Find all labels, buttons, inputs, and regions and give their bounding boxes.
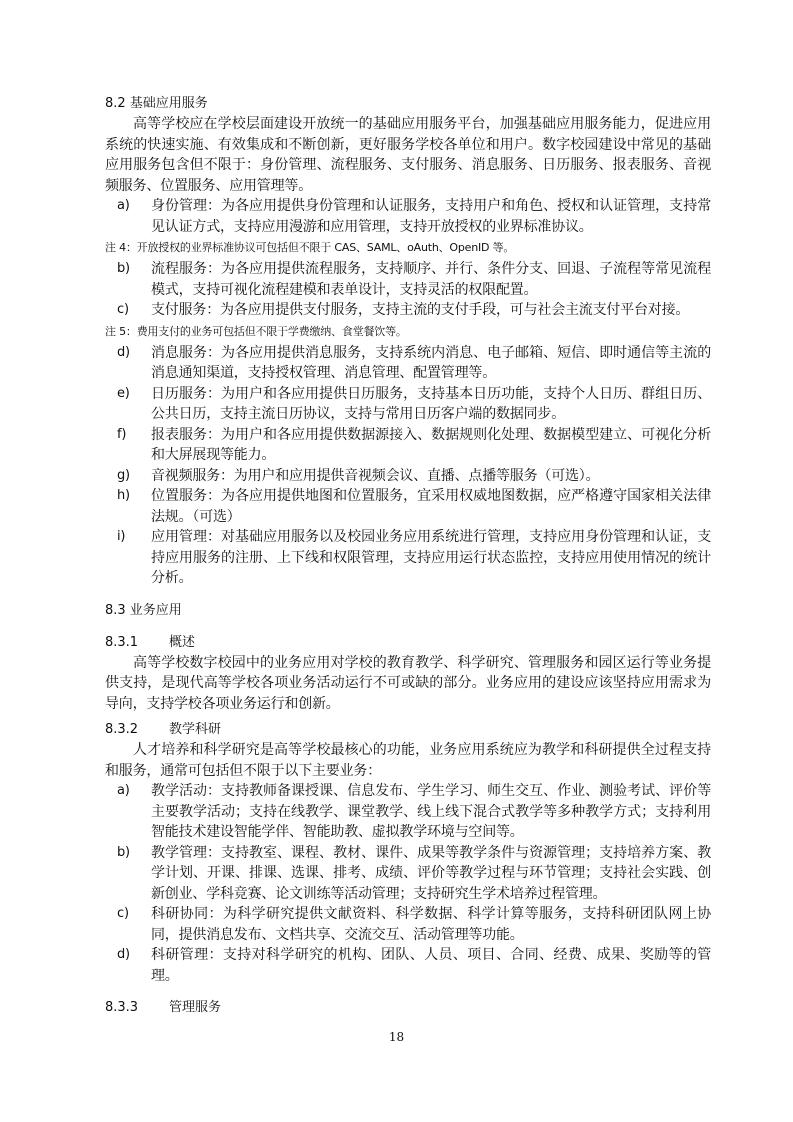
list-item-text: 身份管理：为各应用提供身份管理和认证服务，支持用户和角色、授权和认证管理，支持常… [151, 198, 711, 235]
subsection-number: 8.3.1 [105, 633, 169, 653]
list-marker: h) [117, 486, 145, 507]
list-item-message: d) 消息服务：为各应用提供消息服务，支持系统内消息、电子邮箱、短信、即时通信等… [117, 343, 711, 384]
list-item-text: 音视频服务：为用户和应用提供音视频会议、直播、点播等服务（可选）。 [151, 468, 599, 484]
list-marker: a) [117, 196, 145, 217]
note-5: 注 5：费用支付的业务可包括但不限于学费缴纳、食堂餐饮等。 [105, 323, 711, 341]
subsection-title: 管理服务 [169, 1000, 221, 1015]
list-item-payment: c) 支付服务：为各应用提供支付服务，支持主流的支付手段，可与社会主流支付平台对… [117, 300, 711, 321]
note-4: 注 4：开放授权的业界标准协议可包括但不限于 CAS、SAML、oAuth、Op… [105, 239, 711, 257]
list-item-text: 应用管理：对基础应用服务以及校园业务应用系统进行管理，支持应用身份管理和认证，支… [151, 529, 711, 586]
spacer [105, 621, 711, 633]
list-marker: f) [117, 425, 145, 446]
subsection-heading-8-3-2: 8.3.2教学科研 [105, 720, 711, 740]
list-item-text: 教学活动：支持教师备课授课、信息发布、学生学习、师生交互、作业、测验考试、评价等… [151, 783, 711, 840]
subsection-heading-8-3-3: 8.3.3管理服务 [105, 998, 711, 1018]
subsection-heading-8-3-1: 8.3.1概述 [105, 633, 711, 653]
spacer [105, 986, 711, 998]
list-item-calendar: e) 日历服务：为用户和各应用提供日历服务，支持基本日历功能，支持个人日历、群组… [117, 384, 711, 425]
list-item-text: 消息服务：为各应用提供消息服务，支持系统内消息、电子邮箱、短信、即时通信等主流的… [151, 345, 711, 382]
subsection-title: 教学科研 [169, 722, 221, 737]
list-marker: e) [117, 384, 145, 405]
list-item-research-management: d) 科研管理：支持对科学研究的机构、团队、人员、项目、合同、经费、成果、奖励等… [117, 945, 711, 986]
list-item-text: 日历服务：为用户和各应用提供日历服务，支持基本日历功能，支持个人日历、群组日历、… [151, 386, 711, 423]
list-item-text: 科研管理：支持对科学研究的机构、团队、人员、项目、合同、经费、成果、奖励等的管理… [151, 947, 711, 984]
list-item-text: 报表服务：为用户和各应用提供数据源接入、数据规则化处理、数据模型建立、可视化分析… [151, 427, 711, 464]
list-item-text: 科研协同：为科学研究提供文献资料、科学数据、科学计算等服务，支持科研团队网上协同… [151, 906, 711, 943]
list-item-report: f) 报表服务：为用户和各应用提供数据源接入、数据规则化处理、数据模型建立、可视… [117, 425, 711, 466]
subsection-number: 8.3.2 [105, 720, 169, 740]
list-item-identity: a) 身份管理：为各应用提供身份管理和认证服务，支持用户和角色、授权和认证管理，… [117, 196, 711, 237]
list-item-app-management: i) 应用管理：对基础应用服务以及校园业务应用系统进行管理，支持应用身份管理和认… [117, 527, 711, 589]
list-marker: d) [117, 343, 145, 364]
list-marker: c) [117, 300, 145, 321]
list-marker: d) [117, 945, 145, 966]
spacer [105, 589, 711, 601]
list-item-research-collaboration: c) 科研协同：为科学研究提供文献资料、科学数据、科学计算等服务，支持科研团队网… [117, 904, 711, 945]
list-marker: g) [117, 466, 145, 487]
subsection-8-3-2-text: 人才培养和科学研究是高等学校最核心的功能，业务应用系统应为教学和科研提供全过程支… [105, 740, 711, 781]
section-heading-8-2: 8.2 基础应用服务 [105, 94, 711, 114]
page-number: 18 [0, 1030, 793, 1044]
list-marker: i) [117, 527, 145, 548]
section-heading-8-3: 8.3 业务应用 [105, 601, 711, 621]
section-8-2-intro: 高等学校应在学校层面建设开放统一的基础应用服务平台，加强基础应用服务能力，促进应… [105, 114, 711, 196]
subsection-8-3-1-text: 高等学校数字校园中的业务应用对学校的教育教学、科学研究、管理服务和园区运行等业务… [105, 653, 711, 715]
list-item-text: 流程服务：为各应用提供流程服务，支持顺序、并行、条件分支、回退、子流程等常见流程… [151, 261, 711, 298]
subsection-number: 8.3.3 [105, 998, 169, 1018]
list-item-text: 支付服务：为各应用提供支付服务，支持主流的支付手段，可与社会主流支付平台对接。 [151, 302, 689, 318]
list-item-text: 教学管理：支持教室、课程、教材、课件、成果等教学条件与资源管理；支持培养方案、教… [151, 845, 711, 902]
list-item-workflow: b) 流程服务：为各应用提供流程服务，支持顺序、并行、条件分支、回退、子流程等常… [117, 259, 711, 300]
subsection-title: 概述 [169, 635, 195, 650]
document-page: 8.2 基础应用服务 高等学校应在学校层面建设开放统一的基础应用服务平台，加强基… [105, 94, 711, 1018]
list-item-location: h) 位置服务：为各应用提供地图和位置服务，宜采用权威地图数据，应严格遵守国家相… [117, 486, 711, 527]
list-marker: b) [117, 259, 145, 280]
list-item-teaching-management: b) 教学管理：支持教室、课程、教材、课件、成果等教学条件与资源管理；支持培养方… [117, 843, 711, 905]
list-marker: a) [117, 781, 145, 802]
list-item-text: 位置服务：为各应用提供地图和位置服务，宜采用权威地图数据，应严格遵守国家相关法律… [151, 488, 711, 525]
list-item-teaching-activity: a) 教学活动：支持教师备课授课、信息发布、学生学习、师生交互、作业、测验考试、… [117, 781, 711, 843]
list-marker: b) [117, 843, 145, 864]
list-marker: c) [117, 904, 145, 925]
list-item-av: g) 音视频服务：为用户和应用提供音视频会议、直播、点播等服务（可选）。 [117, 466, 711, 487]
